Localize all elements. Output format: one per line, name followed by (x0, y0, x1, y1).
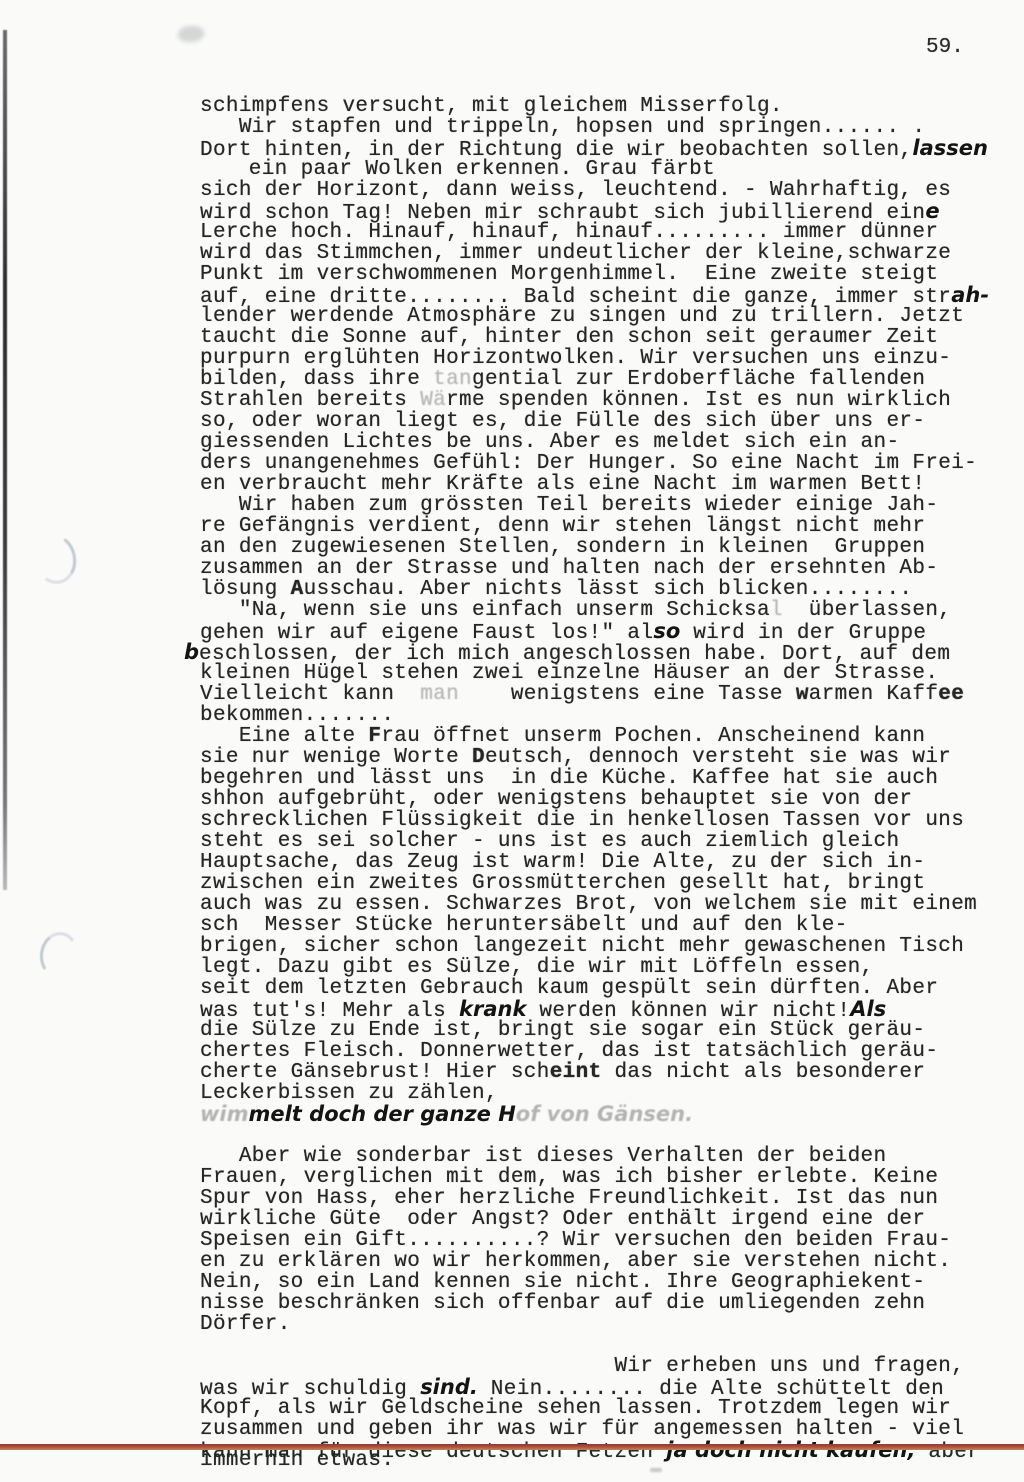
typed-text: legt. Dazu gibt es Sülze, die wir mit Lö… (200, 956, 874, 979)
handwritten-annotation: Als (850, 997, 886, 1021)
text-line-15: Strahlen bereits Wärme spenden können. I… (200, 390, 1010, 411)
text-line-46: chertes Fleisch. Donnerwetter, das ist t… (200, 1041, 1010, 1062)
typed-text: Kopf, als wir Geldscheine sehen lassen. … (200, 1397, 951, 1420)
text-line-48: Leckerbissen zu zählen, (200, 1083, 1010, 1104)
text-line-42: legt. Dazu gibt es Sülze, die wir mit Lö… (200, 957, 1010, 978)
typed-text: sich der Horizont, dann weiss, leuchtend… (200, 179, 951, 202)
typed-text: shhon aufgebrüht, oder wenigstens behaup… (200, 788, 912, 811)
typed-text: usschau. Aber nichts lässt sich blicken.… (304, 578, 913, 601)
text-line-17: giessenden Lichtes be uns. Aber es melde… (200, 432, 1010, 453)
typed-text: rme spenden können. Ist es nun wirklich (446, 389, 951, 412)
typed-text: wird das Stimmchen, immer undeutlicher d… (200, 242, 951, 265)
text-line-54: wirkliche Güte oder Angst? Oder enthält … (200, 1209, 1010, 1230)
typed-text: cherte Gänsebrust! Hier sch (200, 1061, 550, 1084)
text-line-27: beschlossen, der ich mich angeschlossen … (184, 642, 1010, 663)
typed-text: schrecklichen Flüssigkeit die in henkell… (200, 809, 964, 832)
typed-text: die Sülze zu Ende ist, bringt sie sogar … (200, 1019, 925, 1042)
typed-text: taucht die Sonne auf, hinter den schon s… (200, 326, 938, 349)
text-line-24: lösung Ausschau. Aber nichts lässt sich … (200, 579, 1010, 600)
typed-text: "Na, wenn sie uns einfach unserm Schicks… (200, 599, 770, 622)
text-line-6: wird schon Tag! Neben mir schraubt sich … (200, 201, 1010, 222)
handwritten-annotation: e (925, 199, 939, 223)
typed-text: en zu erklären wo wir herkommen, aber si… (200, 1250, 951, 1273)
typed-text: Aber wie sonderbar ist dieses Verhalten … (200, 1145, 886, 1168)
typed-text: ders unangenehmes Gefühl: Der Hunger. So… (200, 452, 977, 475)
typed-text: tan (433, 368, 472, 391)
typed-text: Wä (420, 389, 446, 412)
text-line-61: Wir erheben uns und fragen, (200, 1356, 1010, 1377)
text-line-28: kleinen Hügel stehen zwei einzelne Häuse… (200, 663, 1010, 684)
typed-text: Lerche hoch. Hinauf, hinauf, hinauf.....… (200, 221, 938, 244)
typed-text: giessenden Lichtes be (200, 431, 472, 454)
handwritten-annotation: krank (459, 997, 526, 1021)
typed-text: seit dem letzten Gebrauch kaum gespült s… (200, 977, 938, 1000)
text-line-18: ders unangenehmes Gefühl: Der Hunger. So… (200, 453, 1010, 474)
text-line-13: purpurn erglühten Horizontwolken. Wir ve… (200, 348, 1010, 369)
typed-text: eint (550, 1061, 602, 1084)
red-divider-line (0, 1444, 1024, 1450)
typed-text: bekommen....... (200, 704, 394, 727)
text-line-12: taucht die Sonne auf, hinter den schon s… (200, 327, 1010, 348)
typed-text: schimpfens versucht, mit gleichem Misser… (200, 95, 783, 118)
typed-text: Spur von Hass, eher herzliche Freundlich… (200, 1187, 938, 1210)
typed-text: sie nur wenige Worte (200, 746, 472, 769)
text-line-10: auf, eine dritte........ Bald scheint di… (200, 285, 1010, 306)
typed-text: zwischen ein zweites Grossmütterchen ges… (200, 872, 925, 895)
typed-text: Messer Stücke heruntersäbelt und auf den… (239, 914, 848, 937)
typed-text: zusammen an der Strasse und halten nach … (200, 557, 938, 580)
scan-edge-artifact (3, 30, 7, 890)
typed-text: bilden, dass ihre (200, 368, 433, 391)
ink-smudge (178, 26, 204, 42)
handwritten-annotation: sind. (420, 1375, 478, 1399)
handwritten-annotation: ah- (951, 283, 989, 307)
text-line-1: schimpfens versucht, mit gleichem Misser… (200, 96, 1010, 117)
text-line-37: Hauptsache, das Zeug ist warm! Die Alte,… (200, 852, 1010, 873)
typed-text: chertes Fleisch. Donnerwetter, das ist t… (200, 1040, 938, 1063)
typed-text: wenigstens eine Tasse (459, 683, 796, 706)
text-line-8: wird das Stimmchen, immer undeutlicher d… (200, 243, 1010, 264)
text-line-55: Speisen ein Gift..........? Wir versuche… (200, 1230, 1010, 1251)
text-line-44: was tut's! Mehr als krank werden können … (200, 999, 1010, 1020)
typed-text: gential zur Erdoberfläche fallenden (472, 368, 925, 391)
text-line-58: nisse beschränken sich offenbar auf die … (200, 1293, 1010, 1314)
text-line-5: sich der Horizont, dann weiss, leuchtend… (200, 180, 1010, 201)
text-line-21: re Gefängnis verdient, denn wir stehen l… (200, 516, 1010, 537)
typed-text: nisse beschränken sich offenbar auf die … (200, 1292, 925, 1315)
typed-text: A (291, 578, 304, 601)
text-line-32: sie nur wenige Worte Deutsch, dennoch ve… (200, 747, 1010, 768)
typed-text: w (796, 683, 809, 706)
text-line-25: "Na, wenn sie uns einfach unserm Schicks… (200, 600, 1010, 621)
typed-text: l (770, 599, 783, 622)
typed-text: an den zugewiesenen Stellen, sondern in … (200, 536, 925, 559)
typed-text: uns. Aber es meldet sich ein an- (472, 431, 899, 454)
text-line-3: Dort hinten, in der Richtung die wir beo… (200, 138, 1010, 159)
typed-text: das nicht als besonderer (602, 1061, 926, 1084)
text-line-40: sch Messer Stücke heruntersäbelt und auf… (200, 915, 1010, 936)
text-line-31: Eine alte Frau öffnet unserm Pochen. Ans… (200, 726, 1010, 747)
typed-text: lösung (200, 578, 291, 601)
handwritten-annotation: of von Gänsen. (516, 1102, 693, 1126)
text-line-7: Lerche hoch. Hinauf, hinauf, hinauf.....… (200, 222, 1010, 243)
text-line-51: Aber wie sonderbar ist dieses Verhalten … (200, 1146, 1010, 1167)
typed-text: eutsch, dennoch versteht sie was wir (485, 746, 951, 769)
typed-text: Wir stapfen und trippeln, hopsen und spr… (200, 116, 925, 139)
text-line-11: lender werdende Atmosphäre zu singen und… (200, 306, 1010, 327)
typed-text: Dörfer. (200, 1313, 291, 1336)
text-line-9: Punkt im verschwommenen Morgenhimmel. Ei… (200, 264, 1010, 285)
text-line-56: en zu erklären wo wir herkommen, aber si… (200, 1251, 1010, 1272)
typed-text: immerhin etwas. (200, 1449, 394, 1472)
text-line-49: wimmelt doch der ganze Hof von Gänsen. (200, 1104, 1010, 1125)
text-line-23: zusammen an der Strasse und halten nach … (200, 558, 1010, 579)
page-number: 59. (926, 36, 964, 59)
text-line-34: shhon aufgebrüht, oder wenigstens behaup… (200, 789, 1010, 810)
text-line-4: ein paar Wolken erkennen. Grau färbt (184, 159, 1010, 180)
handwritten-annotation: melt doch der ganze H (248, 1102, 515, 1126)
text-line-53: Spur von Hass, eher herzliche Freundlich… (200, 1188, 1010, 1209)
text-line-43: seit dem letzten Gebrauch kaum gespült s… (200, 978, 1010, 999)
typed-text: purpurn erglühten Horizontwolken. Wir ve… (200, 347, 951, 370)
text-line-19: en verbraucht mehr Kräfte als eine Nacht… (200, 474, 1010, 495)
typed-text: ee (938, 683, 964, 706)
handwritten-annotation: wim (200, 1102, 248, 1126)
text-line-52: Frauen, verglichen mit dem, was ich bish… (200, 1167, 1010, 1188)
punch-hole (37, 930, 81, 981)
handwritten-annotation: b (184, 640, 199, 664)
handwritten-annotation: lassen (912, 136, 988, 160)
text-line-47: cherte Gänsebrust! Hier scheint das nich… (200, 1062, 1010, 1083)
text-line-60 (200, 1335, 1010, 1356)
text-line-30: bekommen....... (200, 705, 1010, 726)
typed-text: armen Kaff (809, 683, 939, 706)
text-line-22: an den zugewiesenen Stellen, sondern in … (200, 537, 1010, 558)
text-line-35: schrecklichen Flüssigkeit die in henkell… (200, 810, 1010, 831)
text-line-38: zwischen ein zweites Grossmütterchen ges… (200, 873, 1010, 894)
typed-text: Wir erheben uns und fragen, (200, 1355, 964, 1378)
typed-text: auch was zu essen. Schwarzes Brot, von w… (200, 893, 977, 916)
handwritten-annotation: ja doch nicht kaufen, (666, 1438, 915, 1462)
text-line-59: Dörfer. (200, 1314, 1010, 1335)
typed-text: lender werdende Atmosphäre zu singen und… (200, 305, 964, 328)
typed-text: Wir haben zum grössten Teil bereits wied… (200, 494, 938, 517)
typed-text: steht es sei solcher - uns ist es auch z… (200, 830, 899, 853)
text-line-63: Kopf, als wir Geldscheine sehen lassen. … (200, 1398, 1010, 1419)
typed-text: so, oder woran liegt es, die Fülle des s… (200, 410, 925, 433)
typed-text: Punkt im verschwommenen Morgenhimmel. Ei… (200, 263, 938, 286)
typed-text: überlassen, (783, 599, 951, 622)
typed-text: Vielleicht kann (200, 683, 420, 706)
ink-smudge (650, 1468, 662, 1472)
typed-text: D (472, 746, 485, 769)
text-line-33: begehren und lässt uns in die Küche. Kaf… (200, 768, 1010, 789)
typed-text: F (368, 725, 381, 748)
text-line-16: so, oder woran liegt es, die Fülle des s… (200, 411, 1010, 432)
typed-text: Hauptsache, das Zeug ist warm! Die Alte,… (200, 851, 925, 874)
text-line-20: Wir haben zum grössten Teil bereits wied… (200, 495, 1010, 516)
typed-text: brigen, sicher schon langezeit nicht meh… (200, 935, 964, 958)
typed-text: Speisen ein Gift..........? Wir versuche… (200, 1229, 951, 1252)
text-line-14: bilden, dass ihre tangential zur Erdober… (200, 369, 1010, 390)
typed-text: Eine alte (200, 725, 368, 748)
document-page: 59. schimpfens versucht, mit gleichem Mi… (0, 0, 1024, 1482)
text-line-39: auch was zu essen. Schwarzes Brot, von w… (200, 894, 1010, 915)
text-line-36: steht es sei solcher - uns ist es auch z… (200, 831, 1010, 852)
typed-text: sch (200, 914, 239, 937)
typed-text: re Gefängnis verdient, denn wir stehen l… (200, 515, 925, 538)
typed-text: man (420, 683, 459, 706)
text-line-50 (200, 1125, 1010, 1146)
typed-text: Frauen, verglichen mit dem, was ich bish… (200, 1166, 938, 1189)
text-line-26: gehen wir auf eigene Faust los!" also wi… (200, 621, 1010, 642)
typed-text: kleinen Hügel stehen zwei einzelne Häuse… (200, 662, 938, 685)
handwritten-annotation: so (653, 619, 680, 643)
text-line-2: Wir stapfen und trippeln, hopsen und spr… (200, 117, 1010, 138)
typed-text: begehren und lässt uns in die Küche. Kaf… (200, 767, 938, 790)
typed-text: rau öffnet unserm Pochen. Anscheinend ka… (381, 725, 925, 748)
typed-text: en verbraucht mehr Kräfte als eine Nacht… (200, 473, 925, 496)
text-lines: schimpfens versucht, mit gleichem Misser… (200, 96, 1010, 1471)
typed-text: Strahlen bereits (200, 389, 420, 412)
typed-text: ein paar Wolken erkennen. Grau färbt (184, 158, 715, 181)
text-line-64: zusammen und geben ihr was wir für angem… (200, 1419, 1010, 1440)
typed-text: Nein, so ein Land kennen sie nicht. Ihre… (200, 1271, 925, 1294)
punch-hole (29, 530, 80, 588)
text-line-62: was wir schuldig sind. Nein........ die … (200, 1377, 1010, 1398)
text-line-41: brigen, sicher schon langezeit nicht meh… (200, 936, 1010, 957)
typed-text: wirkliche Güte oder Angst? Oder enthält … (200, 1208, 925, 1231)
text-line-57: Nein, so ein Land kennen sie nicht. Ihre… (200, 1272, 1010, 1293)
text-line-45: die Sülze zu Ende ist, bringt sie sogar … (200, 1020, 1010, 1041)
text-line-29: Vielleicht kann man wenigstens eine Tass… (200, 684, 1010, 705)
